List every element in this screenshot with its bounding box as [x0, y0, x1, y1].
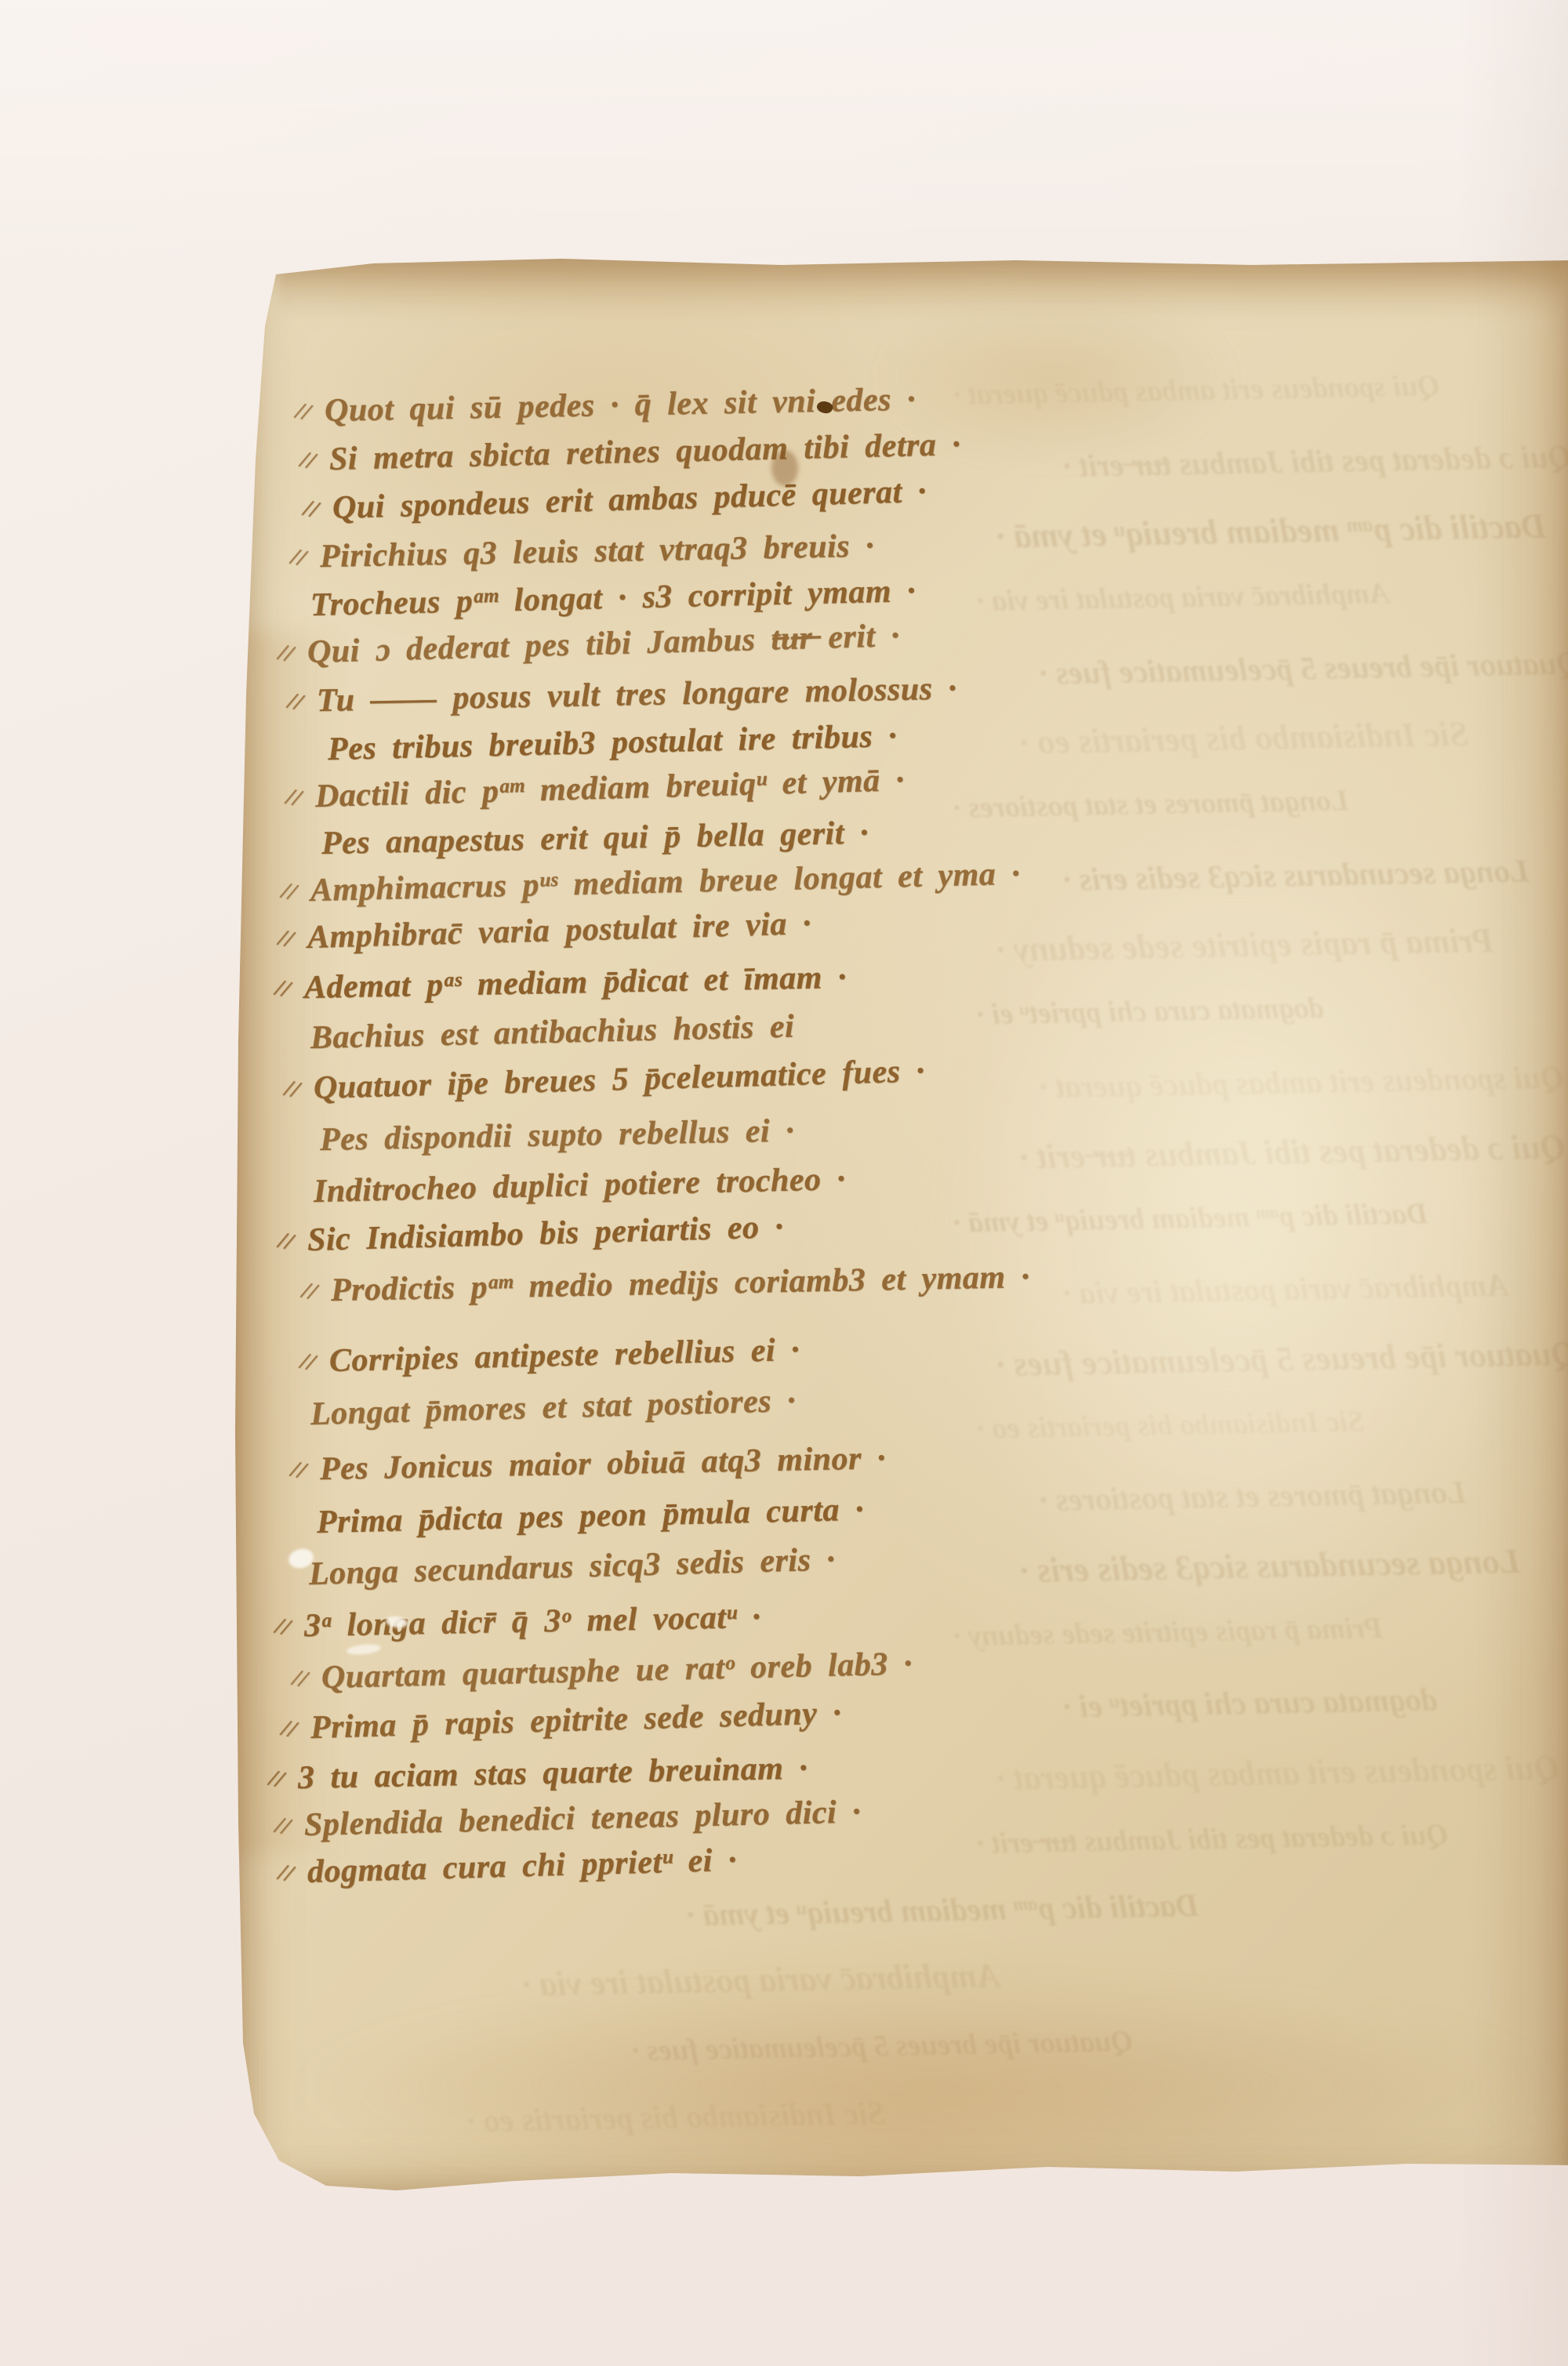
verse-text: Ademat pᵃˢ mediam p̄dicat et īmam · [304, 960, 848, 1006]
verse-text: Corripies antipeste rebellius ei · [328, 1332, 800, 1379]
margin-mark: // [293, 397, 313, 426]
margin-mark: // [299, 446, 318, 475]
verse-line: //Si metra sbicta retines quodam tibi de… [328, 426, 960, 478]
margin-mark: // [280, 1715, 299, 1744]
poem-text-block: //Quot qui sū pedes · q̄ lex sit vni ede… [232, 256, 1568, 2201]
margin-mark: // [277, 1227, 296, 1256]
verse-text: dogmata cura chi pprietᵘ ei · [307, 1842, 737, 1890]
verse-text: Longat p̄mores et stat postiores · [310, 1383, 796, 1432]
verse-line: //Ademat pᵃˢ mediam p̄dicat et īmam · [304, 959, 848, 1007]
verse-line: //Prima p̄ rapis epitrite sede seduny · [310, 1694, 842, 1747]
verse-text: Quatuor ip̄e breues 5 p̄celeumatice fues… [313, 1053, 925, 1106]
verse-text: Prima p̄ rapis epitrite sede seduny · [310, 1695, 842, 1746]
margin-mark: // [285, 688, 305, 717]
margin-mark: // [280, 877, 299, 906]
margin-mark: // [285, 783, 304, 812]
verse-text: Si metra sbicta retines quodam tibi detr… [328, 426, 960, 477]
verse-text: Prodictis pᵃᵐ medio medijs coriamb3 et y… [331, 1259, 1030, 1308]
verse-line: //3 tu aciam stas quarte breuinam · [298, 1750, 808, 1797]
verse-text: Pes Jonicus maior obiuā atq3 minor · [320, 1440, 887, 1487]
verse-line: Prima p̄dicta pes peon p̄mula curta · [316, 1491, 864, 1541]
verse-line: Pes anapestus erit qui p̄ bella gerit · [321, 815, 869, 862]
verse-text: 3ᵃ longa dicr̄ q̄ 3ᵒ mel vocatᵘ · [304, 1599, 761, 1644]
parchment-page: Qui spondeus erit ambas pducē querat ·Qu… [232, 256, 1568, 2201]
verse-text: Sic Indisiambo bis periartis eo · [307, 1209, 784, 1258]
verse-line: //Amphimacrus pᵘˢ mediam breue longat et… [310, 855, 1020, 909]
verse-line: //Pirichius q3 leuis stat vtraq3 breuis … [320, 527, 875, 575]
verse-line: Bachius est antibachius hostis ei [310, 1007, 794, 1057]
margin-mark: // [273, 1613, 292, 1642]
verse-line: //dogmata cura chi pprietᵘ ei · [307, 1842, 737, 1891]
verse-line: Longat p̄mores et stat postiores · [310, 1382, 796, 1433]
verse-line: //Quartam quartusphe ue ratᵒ oreb lab3 · [321, 1645, 913, 1696]
verse-line: //Amphibrac̄ varia postulat ire via · [307, 905, 811, 956]
verse-line: //Pes Jonicus maior obiuā atq3 minor · [320, 1439, 887, 1488]
verse-text: Qui ɔ dederat pes tibi Jambus t̶u̶r̶ eri… [307, 618, 900, 670]
margin-mark: // [274, 1812, 293, 1841]
verse-text: Pes tribus breuib3 postulat ire tribus · [327, 718, 897, 767]
manuscript-photo: Qui spondeus erit ambas pducē querat ·Qu… [0, 0, 1568, 2366]
margin-mark: // [302, 495, 321, 524]
verse-text: Qui spondeus erit ambas pducē querat · [332, 474, 927, 526]
ink-smudge [771, 450, 798, 486]
verse-line: //Sic Indisiambo bis periartis eo · [307, 1208, 784, 1259]
margin-mark: // [299, 1348, 318, 1377]
verse-line: Pes tribus breuib3 postulat ire tribus · [327, 717, 897, 768]
verse-line: //Prodictis pᵃᵐ medio medijs coriamb3 et… [331, 1258, 1030, 1309]
verse-text: Amphibrac̄ varia postulat ire via · [307, 905, 811, 956]
verse-line: Inditrocheo duplici potiere trocheo · [313, 1160, 846, 1210]
photo-backdrop: { "colors": { "backdrop": "#f3eae4", "pa… [0, 0, 1568, 2366]
verse-text: Pirichius q3 leuis stat vtraq3 breuis · [320, 528, 875, 575]
margin-mark: // [283, 1075, 303, 1104]
margin-mark: // [291, 1664, 310, 1693]
verse-line: //Quatuor ip̄e breues 5 p̄celeumatice fu… [313, 1052, 925, 1107]
verse-line: //Splendida benedici teneas pluro dici · [303, 1793, 861, 1844]
verse-text: Tu —— posus vult tres longare molossus · [317, 670, 957, 719]
verse-text: Prima p̄dicta pes peon p̄mula curta · [316, 1492, 864, 1540]
verse-text: Longa secundarus sicq3 sedis eris · [308, 1541, 836, 1592]
verse-line: //3ᵃ longa dicr̄ q̄ 3ᵒ mel vocatᵘ · [304, 1599, 761, 1645]
verse-text: Trocheus pᵃᵐ longat · s3 corripit ymam · [310, 573, 916, 623]
verse-text: Amphimacrus pᵘˢ mediam breue longat et y… [310, 856, 1020, 909]
margin-mark: // [289, 1456, 308, 1485]
verse-text: Bachius est antibachius hostis ei [310, 1008, 794, 1056]
verse-line: Pes dispondii supto rebellus ei · [320, 1112, 795, 1159]
verse-text: Pes anapestus erit qui p̄ bella gerit · [321, 815, 869, 862]
margin-mark: // [267, 1765, 286, 1794]
margin-mark: // [299, 1277, 319, 1306]
verse-text: Inditrocheo duplici potiere trocheo · [313, 1161, 846, 1210]
verse-text: Splendida benedici teneas pluro dici · [303, 1794, 861, 1843]
margin-mark: // [277, 924, 296, 953]
margin-mark: // [289, 543, 308, 572]
verse-text: 3 tu aciam stas quarte breuinam · [298, 1751, 808, 1796]
verse-line: Longa secundarus sicq3 sedis eris · [308, 1540, 836, 1593]
verse-text: Quartam quartusphe ue ratᵒ oreb lab3 · [321, 1646, 913, 1696]
verse-line: Trocheus pᵃᵐ longat · s3 corripit ymam · [310, 572, 916, 624]
verse-line: //Qui spondeus erit ambas pducē querat · [332, 473, 927, 527]
verse-line: //Dactili dic pᵃᵐ mediam breuiqᵘ et ymā … [314, 761, 905, 815]
margin-mark: // [277, 1859, 296, 1888]
verse-line: //Qui ɔ dederat pes tibi Jambus t̶u̶r̶ e… [307, 617, 900, 671]
verse-line: //Tu —— posus vult tres longare molossus… [317, 670, 957, 720]
verse-text: Dactili dic pᵃᵐ mediam breuiqᵘ et ymā · [314, 762, 905, 815]
verse-line: //Corripies antipeste rebellius ei · [328, 1331, 800, 1380]
margin-mark: // [277, 639, 296, 668]
margin-mark: // [273, 974, 292, 1003]
verse-text: Pes dispondii supto rebellus ei · [320, 1112, 795, 1158]
